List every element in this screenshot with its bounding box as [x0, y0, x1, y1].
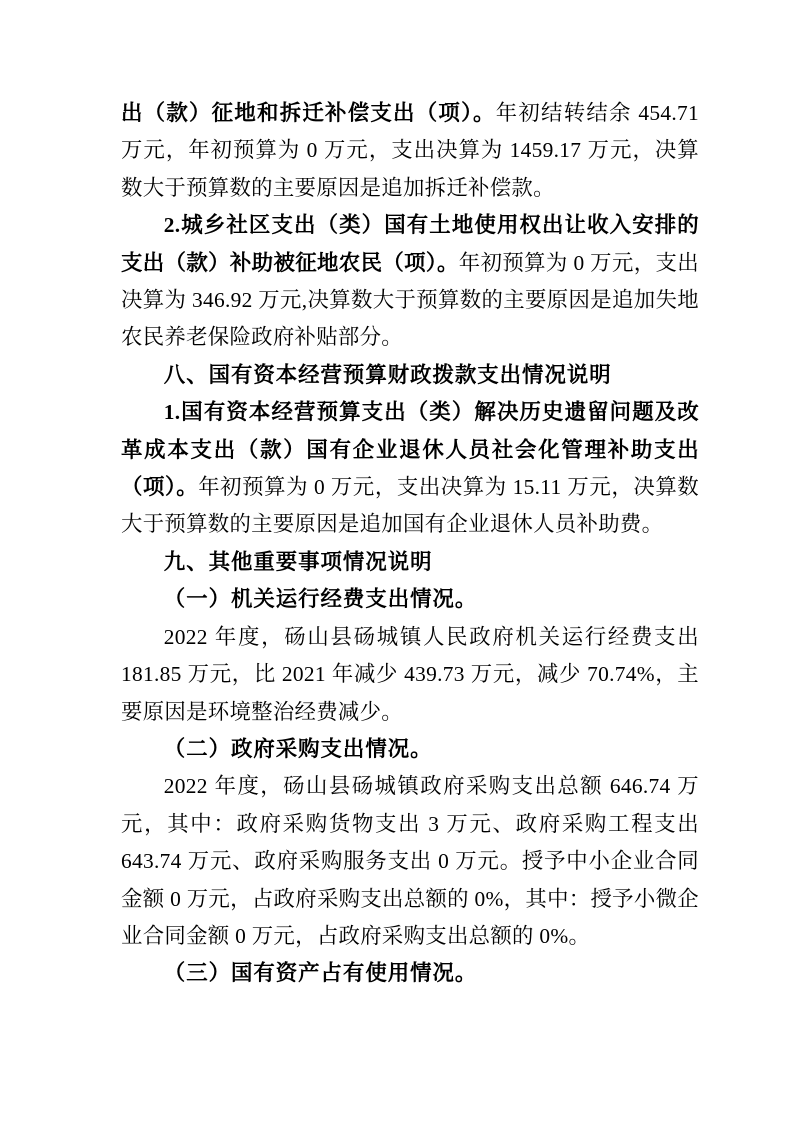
paragraph-item2-farmers-subsidy: 2.城乡社区支出（类）国有土地使用权出让收入安排的支出（款）补助被征地农民（项）…: [121, 207, 699, 357]
document-page: 出（款）征地和拆迁补偿支出（项）。年初结转结余 454.71 万元，年初预算为 …: [0, 0, 793, 1122]
section9-sub3-heading: （三）国有资产占有使用情况。: [121, 955, 699, 992]
section9-sub2-heading: （二）政府采购支出情况。: [121, 731, 699, 768]
paragraph-agency-operating-expense: 2022 年度，砀山县砀城镇人民政府机关运行经费支出 181.85 万元，比 2…: [121, 619, 699, 731]
paragraph-section8-item1-body: 年初预算为 0 万元，支出决算为 15.11 万元，决算数大于预算数的主要原因是…: [121, 475, 699, 536]
paragraph-land-compensation-lead: 出（款）征地和拆迁补偿支出（项）。: [121, 101, 496, 125]
paragraph-section8-item1: 1.国有资本经营预算支出（类）解决历史遗留问题及改革成本支出（款）国有企业退休人…: [121, 394, 699, 544]
section9-heading: 九、其他重要事项情况说明: [121, 544, 699, 581]
paragraph-government-procurement: 2022 年度，砀山县砀城镇政府采购支出总额 646.74 万元，其中：政府采购…: [121, 768, 699, 955]
paragraph-land-compensation: 出（款）征地和拆迁补偿支出（项）。年初结转结余 454.71 万元，年初预算为 …: [121, 95, 699, 207]
section8-heading: 八、国有资本经营预算财政拨款支出情况说明: [121, 357, 699, 394]
section9-sub1-heading: （一）机关运行经费支出情况。: [121, 581, 699, 618]
